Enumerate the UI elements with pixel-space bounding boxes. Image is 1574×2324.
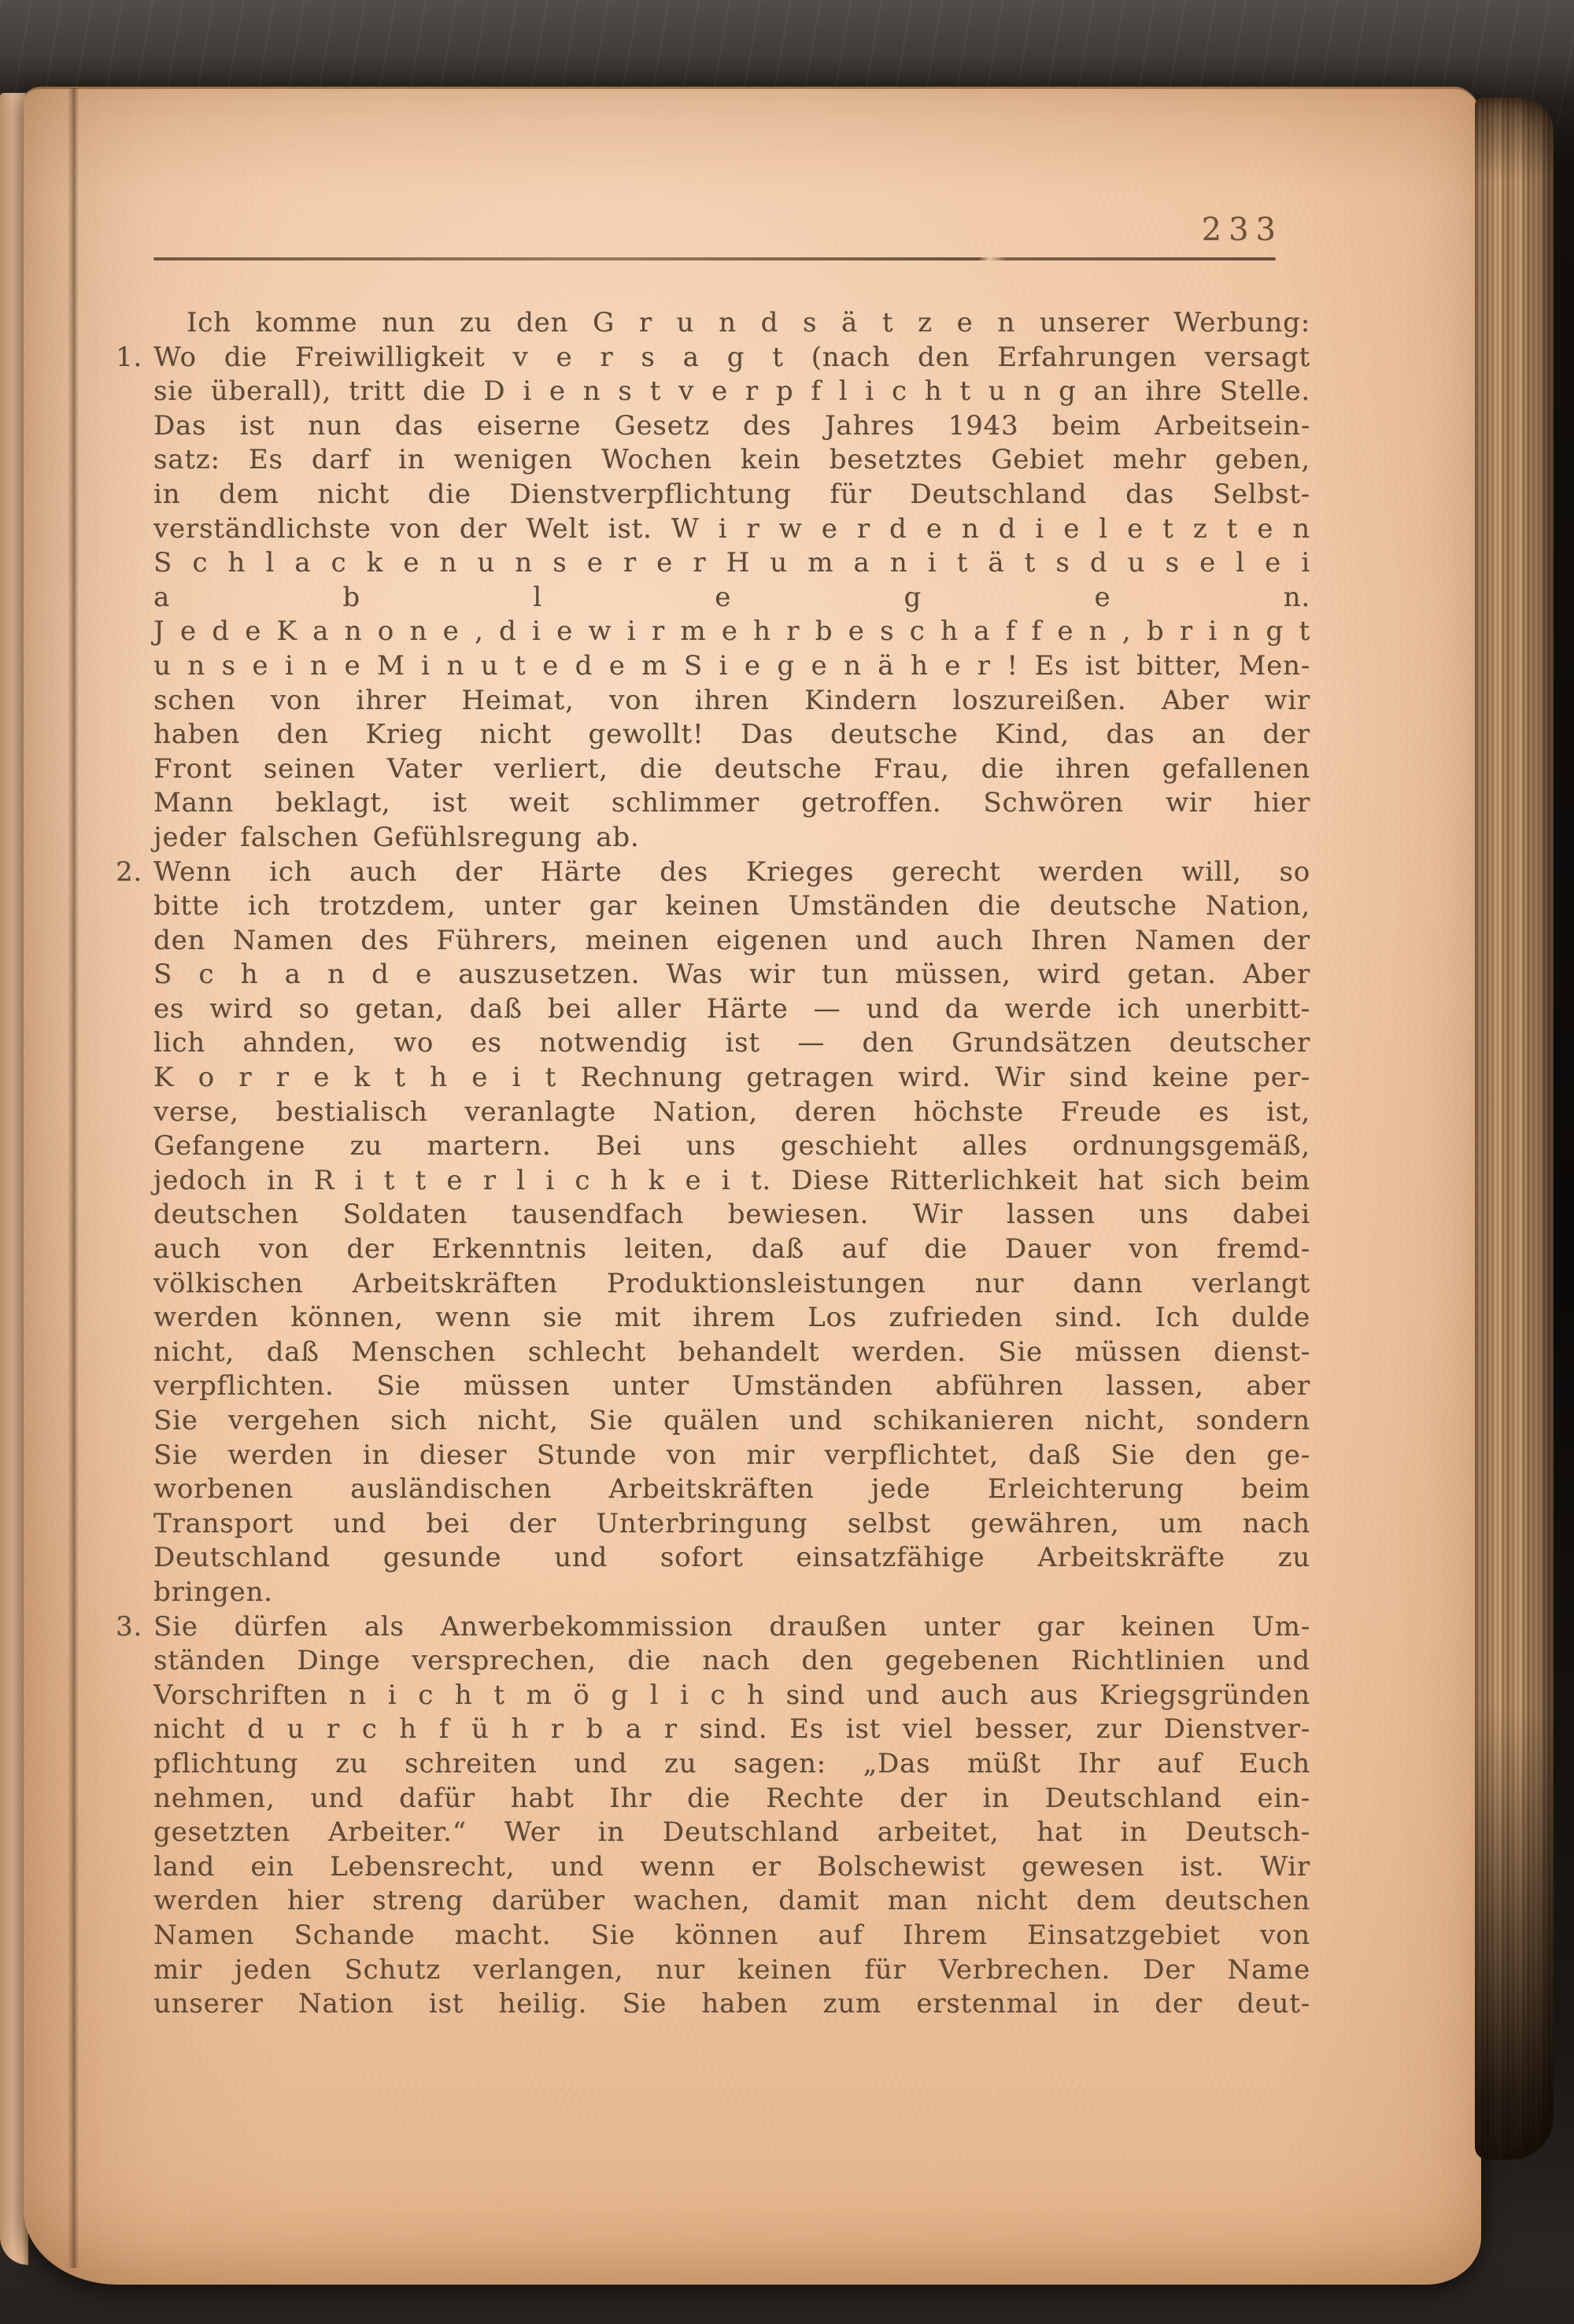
text-line: u n s e i n e M i n u t e d e m S i e g … xyxy=(153,649,1310,684)
text-line: Transport und bei der Unterbringung selb… xyxy=(153,1507,1310,1542)
text-line: Das ist nun das eiserne Gesetz des Jahre… xyxy=(153,409,1310,444)
text-line: land ein Lebensrecht, und wenn er Bolsch… xyxy=(153,1850,1310,1885)
text-line: gesetzten Arbeiter.“ Wer in Deutschland … xyxy=(153,1816,1310,1850)
text-line: Gefangene zu martern. Bei uns geschieht … xyxy=(153,1129,1310,1164)
text-line: jedoch in R i t t e r l i c h k e i t. D… xyxy=(153,1164,1310,1199)
page-number: 233 xyxy=(1202,212,1283,248)
text-line: ständen Dinge versprechen, die nach den … xyxy=(153,1644,1310,1679)
principle-item-2: 2. Wenn ich auch der Härte des Krieges g… xyxy=(153,855,1310,1610)
text-line: Sie werden in dieser Stunde von mir verp… xyxy=(153,1439,1310,1473)
text-line: mir jeden Schutz verlangen, nur keinen f… xyxy=(153,1953,1310,1988)
text-line: verpflichten. Sie müssen unter Umständen… xyxy=(153,1369,1310,1404)
text-line: worbenen ausländischen Arbeitskräften je… xyxy=(153,1472,1310,1507)
item-number: 2. xyxy=(116,855,142,890)
text-line: sie überall), tritt die D i e n s t v e … xyxy=(153,375,1310,409)
text-line: werden hier streng darüber wachen, damit… xyxy=(153,1884,1310,1919)
text-line: Sie dürfen als Anwerbekommission draußen… xyxy=(153,1610,1310,1645)
text-line: verse, bestialisch veranlagte Nation, de… xyxy=(153,1095,1310,1130)
text-line: werden können, wenn sie mit ihrem Los zu… xyxy=(153,1301,1310,1336)
principle-item-1: 1. Wo die Freiwilligkeit v e r s a g t (… xyxy=(153,341,1310,855)
text-line: Vorschriften n i c h t m ö g l i c h sin… xyxy=(153,1679,1310,1713)
text-line: Mann beklagt, ist weit schlimmer getroff… xyxy=(153,786,1310,821)
principle-item-3: 3. Sie dürfen als Anwerbekommission drau… xyxy=(153,1610,1310,2022)
text-line: es wird so getan, daß bei aller Härte — … xyxy=(153,992,1310,1027)
text-line: unserer Nation ist heilig. Sie haben zum… xyxy=(153,1987,1310,2022)
item-text: Sie dürfen als Anwerbekommission draußen… xyxy=(153,1610,1310,2022)
text-line: schen von ihrer Heimat, von ihren Kinder… xyxy=(153,684,1310,719)
header-rule xyxy=(153,257,1276,260)
text-line: K o r r e k t h e i t Rechnung getragen … xyxy=(153,1061,1310,1095)
text-line: S c h a n d e auszusetzen. Was wir tun m… xyxy=(153,958,1310,992)
text-line: in dem nicht die Dienstverpflichtung für… xyxy=(153,478,1310,512)
text-line: haben den Krieg nicht gewollt! Das deuts… xyxy=(153,718,1310,752)
page-text-block: Ich komme nun zu den G r u n d s ä t z e… xyxy=(153,306,1310,2022)
text-line: Sie vergehen sich nicht, Sie quälen und … xyxy=(153,1404,1310,1439)
text-line: satz: Es darf in wenigen Wochen kein bes… xyxy=(153,443,1310,478)
page-edge-stack xyxy=(1475,98,1554,2160)
text-line: auch von der Erkenntnis leiten, daß auf … xyxy=(153,1232,1310,1267)
text-line: pflichtung zu schreiten und zu sagen: „D… xyxy=(153,1747,1310,1782)
text-line: bitte ich trotzdem, unter gar keinen Ums… xyxy=(153,889,1310,924)
text-line: J e d e K a n o n e , d i e w i r m e h … xyxy=(153,615,1310,649)
text-line: nicht, daß Menschen schlecht behandelt w… xyxy=(153,1336,1310,1370)
text-line: jeder falschen Gefühlsregung ab. xyxy=(153,821,1310,855)
book-photo: 233 Ich komme nun zu den G r u n d s ä t… xyxy=(0,0,1574,2324)
item-text: Wo die Freiwilligkeit v e r s a g t (nac… xyxy=(153,341,1310,855)
text-line: S c h l a c k e n u n s e r e r H u m a … xyxy=(153,546,1310,615)
text-line: lich ahnden, wo es notwendig ist — den G… xyxy=(153,1026,1310,1061)
text-line: verständlichste von der Welt ist. W i r … xyxy=(153,512,1310,547)
item-number: 3. xyxy=(116,1610,142,1645)
text-line: Front seinen Vater verliert, die deutsch… xyxy=(153,752,1310,787)
item-text: Wenn ich auch der Härte des Krieges gere… xyxy=(153,855,1310,1610)
text-line: den Namen des Führers, meinen eigenen un… xyxy=(153,924,1310,959)
text-line: Wo die Freiwilligkeit v e r s a g t (nac… xyxy=(153,341,1310,375)
text-line: nicht d u r c h f ü h r b a r sind. Es i… xyxy=(153,1713,1310,1747)
item-number: 1. xyxy=(116,341,142,375)
text-line: nehmen, und dafür habt Ihr die Rechte de… xyxy=(153,1782,1310,1816)
text-line: bringen. xyxy=(153,1576,1310,1610)
intro-line: Ich komme nun zu den G r u n d s ä t z e… xyxy=(153,306,1310,341)
text-line: Deutschland gesunde und sofort einsatzfä… xyxy=(153,1541,1310,1576)
page-gutter-crease xyxy=(68,88,79,2268)
book-page: 233 Ich komme nun zu den G r u n d s ä t… xyxy=(24,87,1481,2285)
text-line: völkischen Arbeitskräften Produktionslei… xyxy=(153,1267,1310,1302)
text-line: Namen Schande macht. Sie können auf Ihre… xyxy=(153,1919,1310,1953)
text-line: deutschen Soldaten tausendfach bewiesen.… xyxy=(153,1198,1310,1232)
text-line: Wenn ich auch der Härte des Krieges gere… xyxy=(153,855,1310,890)
